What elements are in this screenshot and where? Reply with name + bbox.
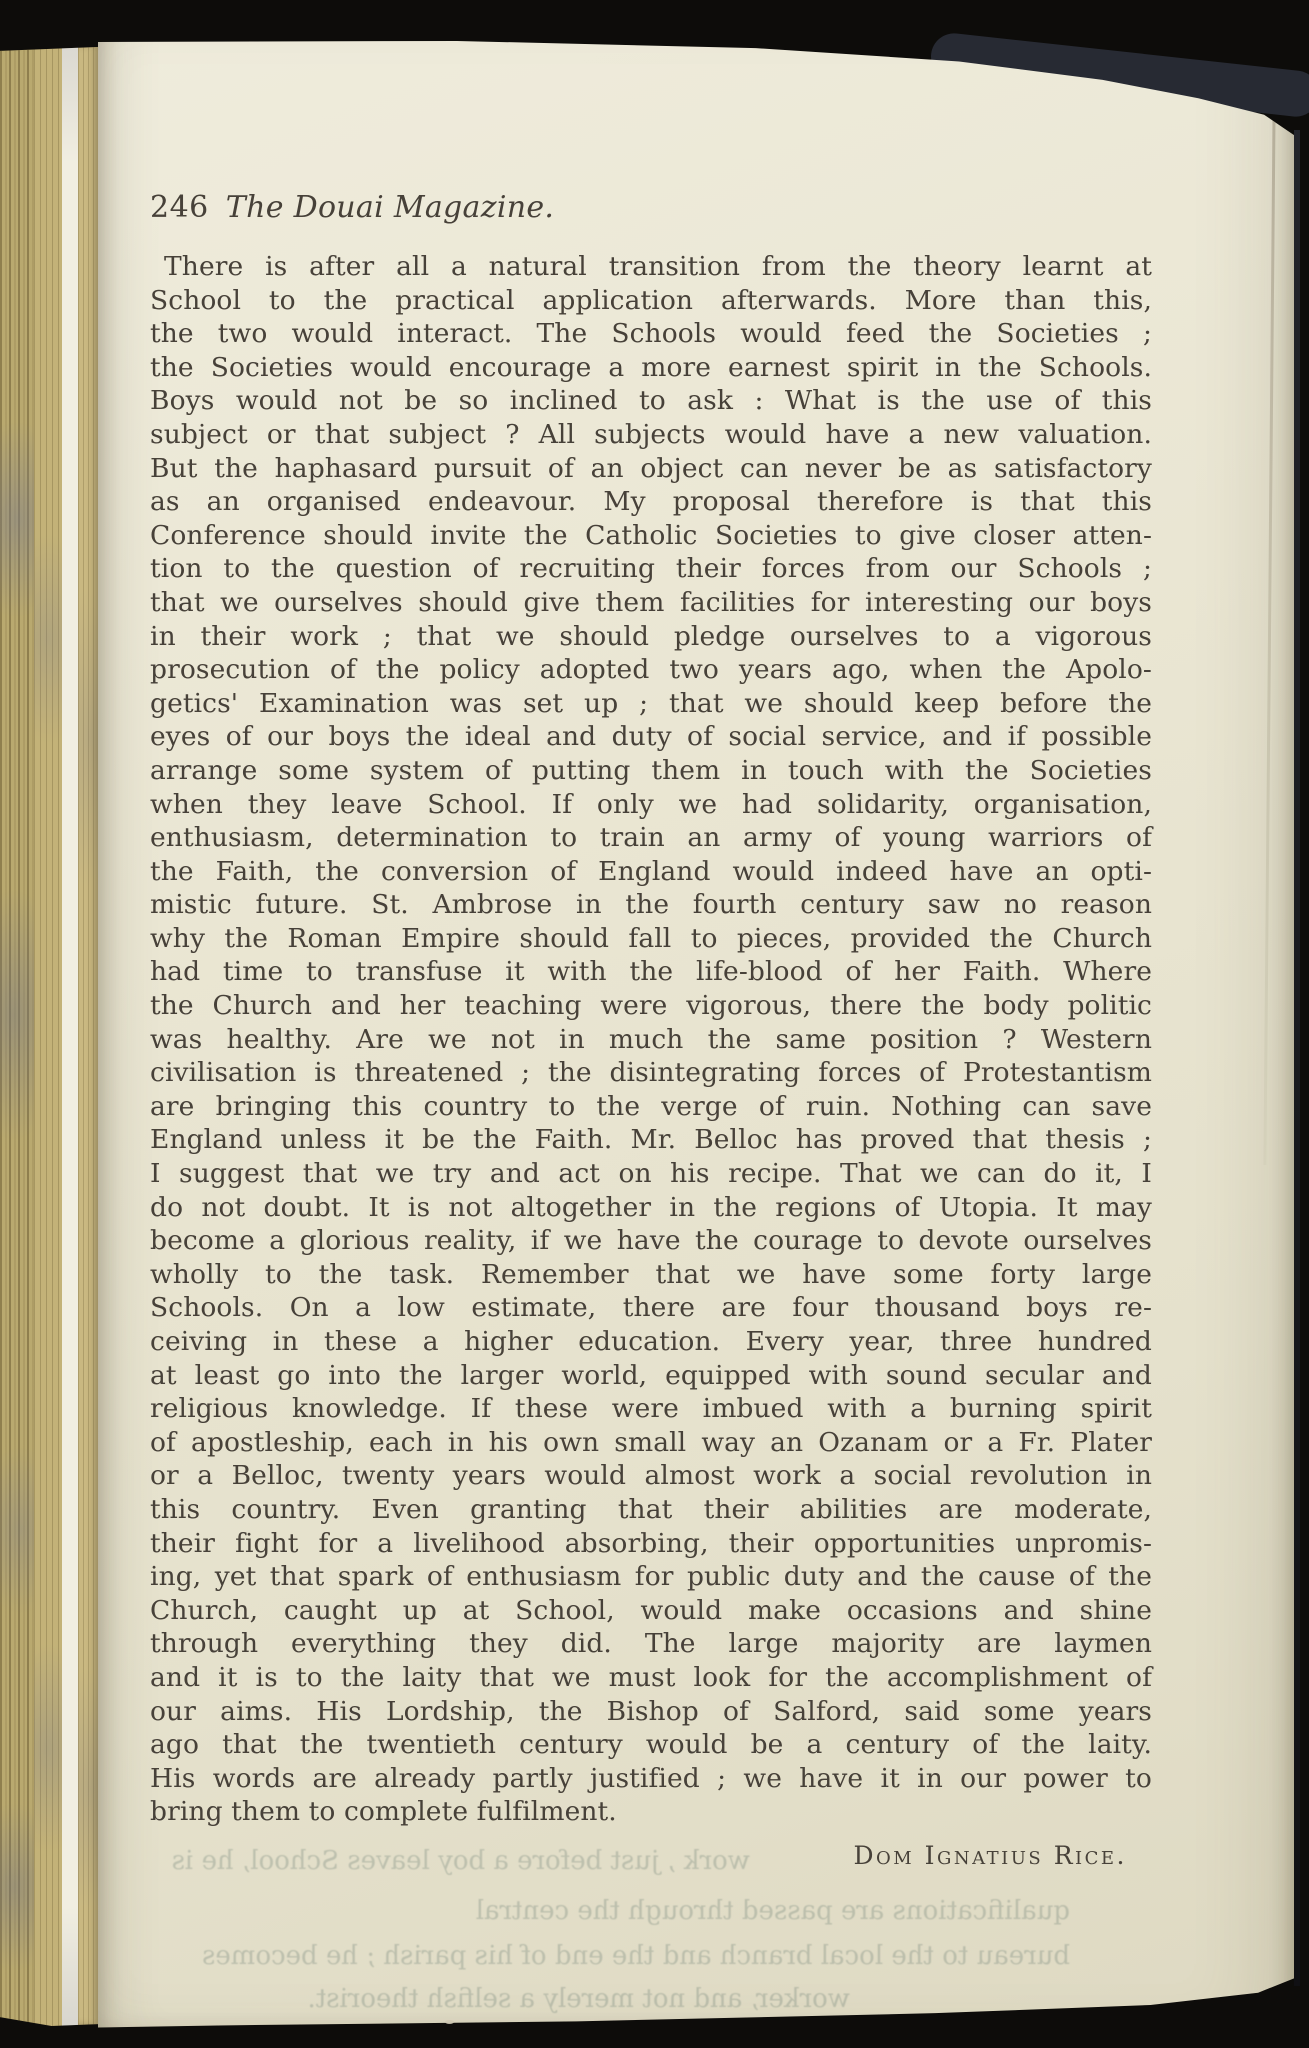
text-line: wholly to the task. Remember that we hav… <box>150 1258 1152 1292</box>
text-line: bring them to complete fulfilment. <box>150 1795 1152 1829</box>
text-line: religious knowledge. If these were imbue… <box>150 1392 1152 1426</box>
text-line: the Faith, the conversion of England wou… <box>150 855 1152 889</box>
bleedthrough-line: work , just before a boy leaves School, … <box>150 1846 750 1876</box>
text-line: Schools. On a low estimate, there are fo… <box>150 1291 1152 1325</box>
text-line: at least go into the larger world, equip… <box>150 1359 1152 1393</box>
text-line: His words are already partly justified ;… <box>150 1762 1152 1796</box>
text-line: of apostleship, each in his own small wa… <box>150 1426 1152 1460</box>
text-line: their fight for a livelihood absorbing, … <box>150 1527 1152 1561</box>
dust-speck <box>445 2020 454 2024</box>
text-line: why the Roman Empire should fall to piec… <box>150 922 1152 956</box>
text-line: that we ourselves should give them facil… <box>150 586 1152 620</box>
scanned-book-page: 246The Douai Magazine. There is after al… <box>0 0 1309 2048</box>
text-line: when they leave School. If only we had s… <box>150 788 1152 822</box>
text-line: I suggest that we try and act on his rec… <box>150 1157 1152 1191</box>
text-line: had time to transfuse it with the life-b… <box>150 955 1152 989</box>
text-line: eyes of our boys the ideal and duty of s… <box>150 720 1152 754</box>
book-cover-edge-right <box>1294 130 1300 1986</box>
text-line: mistic future. St. Ambrose in the fourth… <box>150 888 1152 922</box>
author-signature: Dom Ignatius Rice. <box>853 1841 1127 1870</box>
text-line: arrange some system of putting them in t… <box>150 754 1152 788</box>
page-edges-inner <box>34 44 62 2026</box>
text-line: getics' Examination was set up ; that we… <box>150 687 1152 721</box>
bleedthrough-line: worker, and not merely a selfish theoris… <box>150 1984 850 2014</box>
text-line: do not doubt. It is not altogether in th… <box>150 1191 1152 1225</box>
magazine-title: The Douai Magazine. <box>226 190 554 225</box>
text-line: through everything they did. The large m… <box>150 1627 1152 1661</box>
text-line: the two would interact. The Schools woul… <box>150 317 1152 351</box>
text-line: prosecution of the policy adopted two ye… <box>150 653 1152 687</box>
page-crease <box>1263 105 1275 1165</box>
page-edge-white-strip <box>62 44 78 2026</box>
bleedthrough-line: qualifications are passed through the ce… <box>150 1896 1070 1926</box>
text-line: subject or that subject ? All subjects w… <box>150 418 1152 452</box>
text-line: ceiving in these a higher education. Eve… <box>150 1325 1152 1359</box>
text-line: School to the practical application afte… <box>150 284 1152 318</box>
page-edges-outer <box>0 44 34 2026</box>
text-line: or a Belloc, twenty years would almost w… <box>150 1459 1152 1493</box>
text-line: as an organised endeavour. My proposal t… <box>150 485 1152 519</box>
text-line: England unless it be the Faith. Mr. Bell… <box>150 1123 1152 1157</box>
text-line: civilisation is threatened ; the disinte… <box>150 1056 1152 1090</box>
text-line: enthusiasm, determination to train an ar… <box>150 821 1152 855</box>
text-line: But the haphasard pursuit of an object c… <box>150 452 1152 486</box>
page-number: 246 <box>150 192 209 224</box>
text-line: are bringing this country to the verge o… <box>150 1090 1152 1124</box>
text-line: the Church and her teaching were vigorou… <box>150 989 1152 1023</box>
text-line: tion to the question of recruiting their… <box>150 552 1152 586</box>
text-line: Boys would not be so inclined to ask : W… <box>150 384 1152 418</box>
book-page: 246The Douai Magazine. There is after al… <box>98 0 1294 2048</box>
text-line: this country. Even granting that their a… <box>150 1493 1152 1527</box>
text-line: ago that the twentieth century would be … <box>150 1728 1152 1762</box>
text-line: ing, yet that spark of enthusiasm for pu… <box>150 1560 1152 1594</box>
body-text: There is after all a natural transition … <box>150 250 1152 1829</box>
bleedthrough-line: bureau to the local branch and the end o… <box>150 1941 1070 1971</box>
text-line: our aims. His Lordship, the Bishop of Sa… <box>150 1695 1152 1729</box>
text-line: in their work ; that we should pledge ou… <box>150 620 1152 654</box>
text-line: and it is to the laity that we must look… <box>150 1661 1152 1695</box>
text-line: the Societies would encourage a more ear… <box>150 351 1152 385</box>
page-header: 246The Douai Magazine. <box>150 192 554 224</box>
text-line: Church, caught up at School, would make … <box>150 1594 1152 1628</box>
text-line: become a glorious reality, if we have th… <box>150 1224 1152 1258</box>
text-line: Conference should invite the Catholic So… <box>150 519 1152 553</box>
text-line: There is after all a natural transition … <box>150 250 1152 284</box>
text-line: was healthy. Are we not in much the same… <box>150 1023 1152 1057</box>
